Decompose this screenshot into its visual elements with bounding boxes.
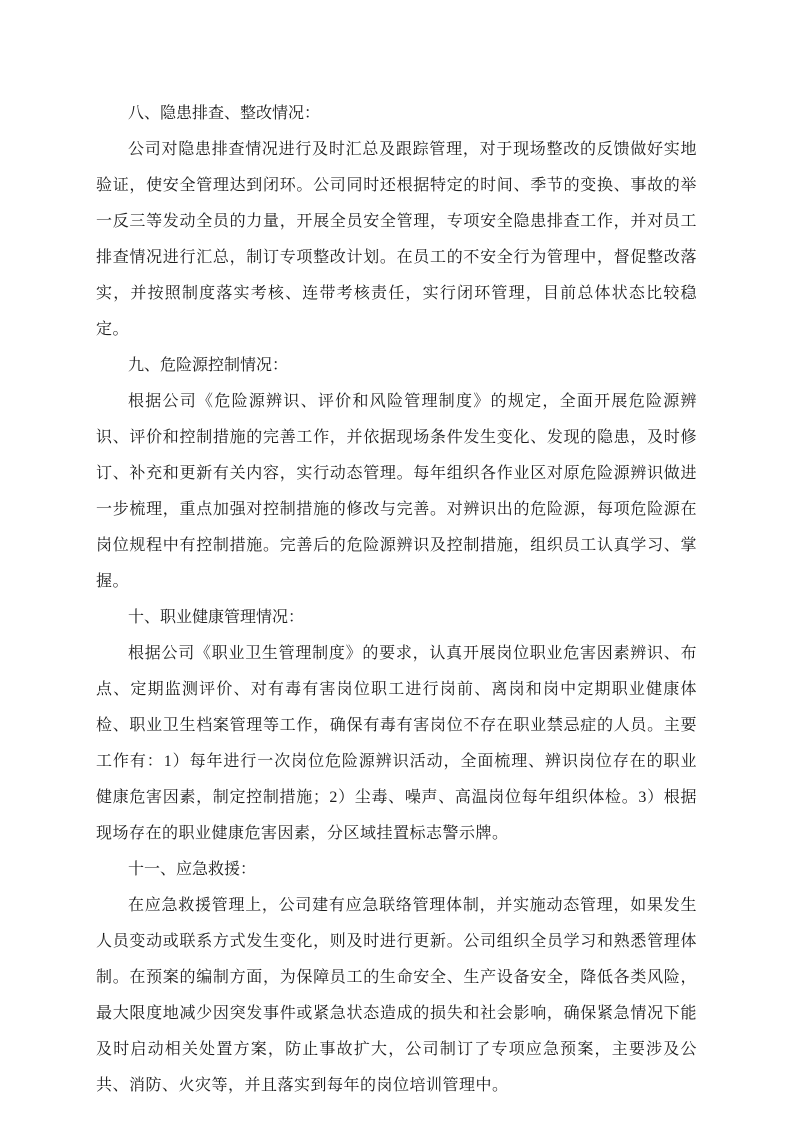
section-hidden-danger-inspection: 八、隐患排查、整改情况： 公司对隐患排查情况进行及时汇总及跟踪管理，对于现场整改… (96, 96, 697, 348)
paragraph: 在应急救援管理上，公司建有应急联络管理体制，并实施动态管理，如果发生人员变动或联… (96, 888, 697, 1104)
section-heading: 十、职业健康管理情况： (96, 600, 697, 636)
paragraph: 根据公司《职业卫生管理制度》的要求，认真开展岗位职业危害因素辨识、布点、定期监测… (96, 636, 697, 852)
document-body: 八、隐患排查、整改情况： 公司对隐患排查情况进行及时汇总及跟踪管理，对于现场整改… (96, 96, 697, 1104)
paragraph: 公司对隐患排查情况进行及时汇总及跟踪管理，对于现场整改的反馈做好实地验证，使安全… (96, 132, 697, 348)
section-heading: 八、隐患排查、整改情况： (96, 96, 697, 132)
section-emergency-rescue: 十一、应急救援： 在应急救援管理上，公司建有应急联络管理体制，并实施动态管理，如… (96, 852, 697, 1104)
document-page: 八、隐患排查、整改情况： 公司对隐患排查情况进行及时汇总及跟踪管理，对于现场整改… (0, 0, 793, 1122)
paragraph: 根据公司《危险源辨识、评价和风险管理制度》的规定，全面开展危险源辨识、评价和控制… (96, 384, 697, 600)
section-heading: 十一、应急救援： (96, 852, 697, 888)
section-heading: 九、危险源控制情况： (96, 348, 697, 384)
section-occupational-health: 十、职业健康管理情况： 根据公司《职业卫生管理制度》的要求，认真开展岗位职业危害… (96, 600, 697, 852)
section-hazard-source-control: 九、危险源控制情况： 根据公司《危险源辨识、评价和风险管理制度》的规定，全面开展… (96, 348, 697, 600)
